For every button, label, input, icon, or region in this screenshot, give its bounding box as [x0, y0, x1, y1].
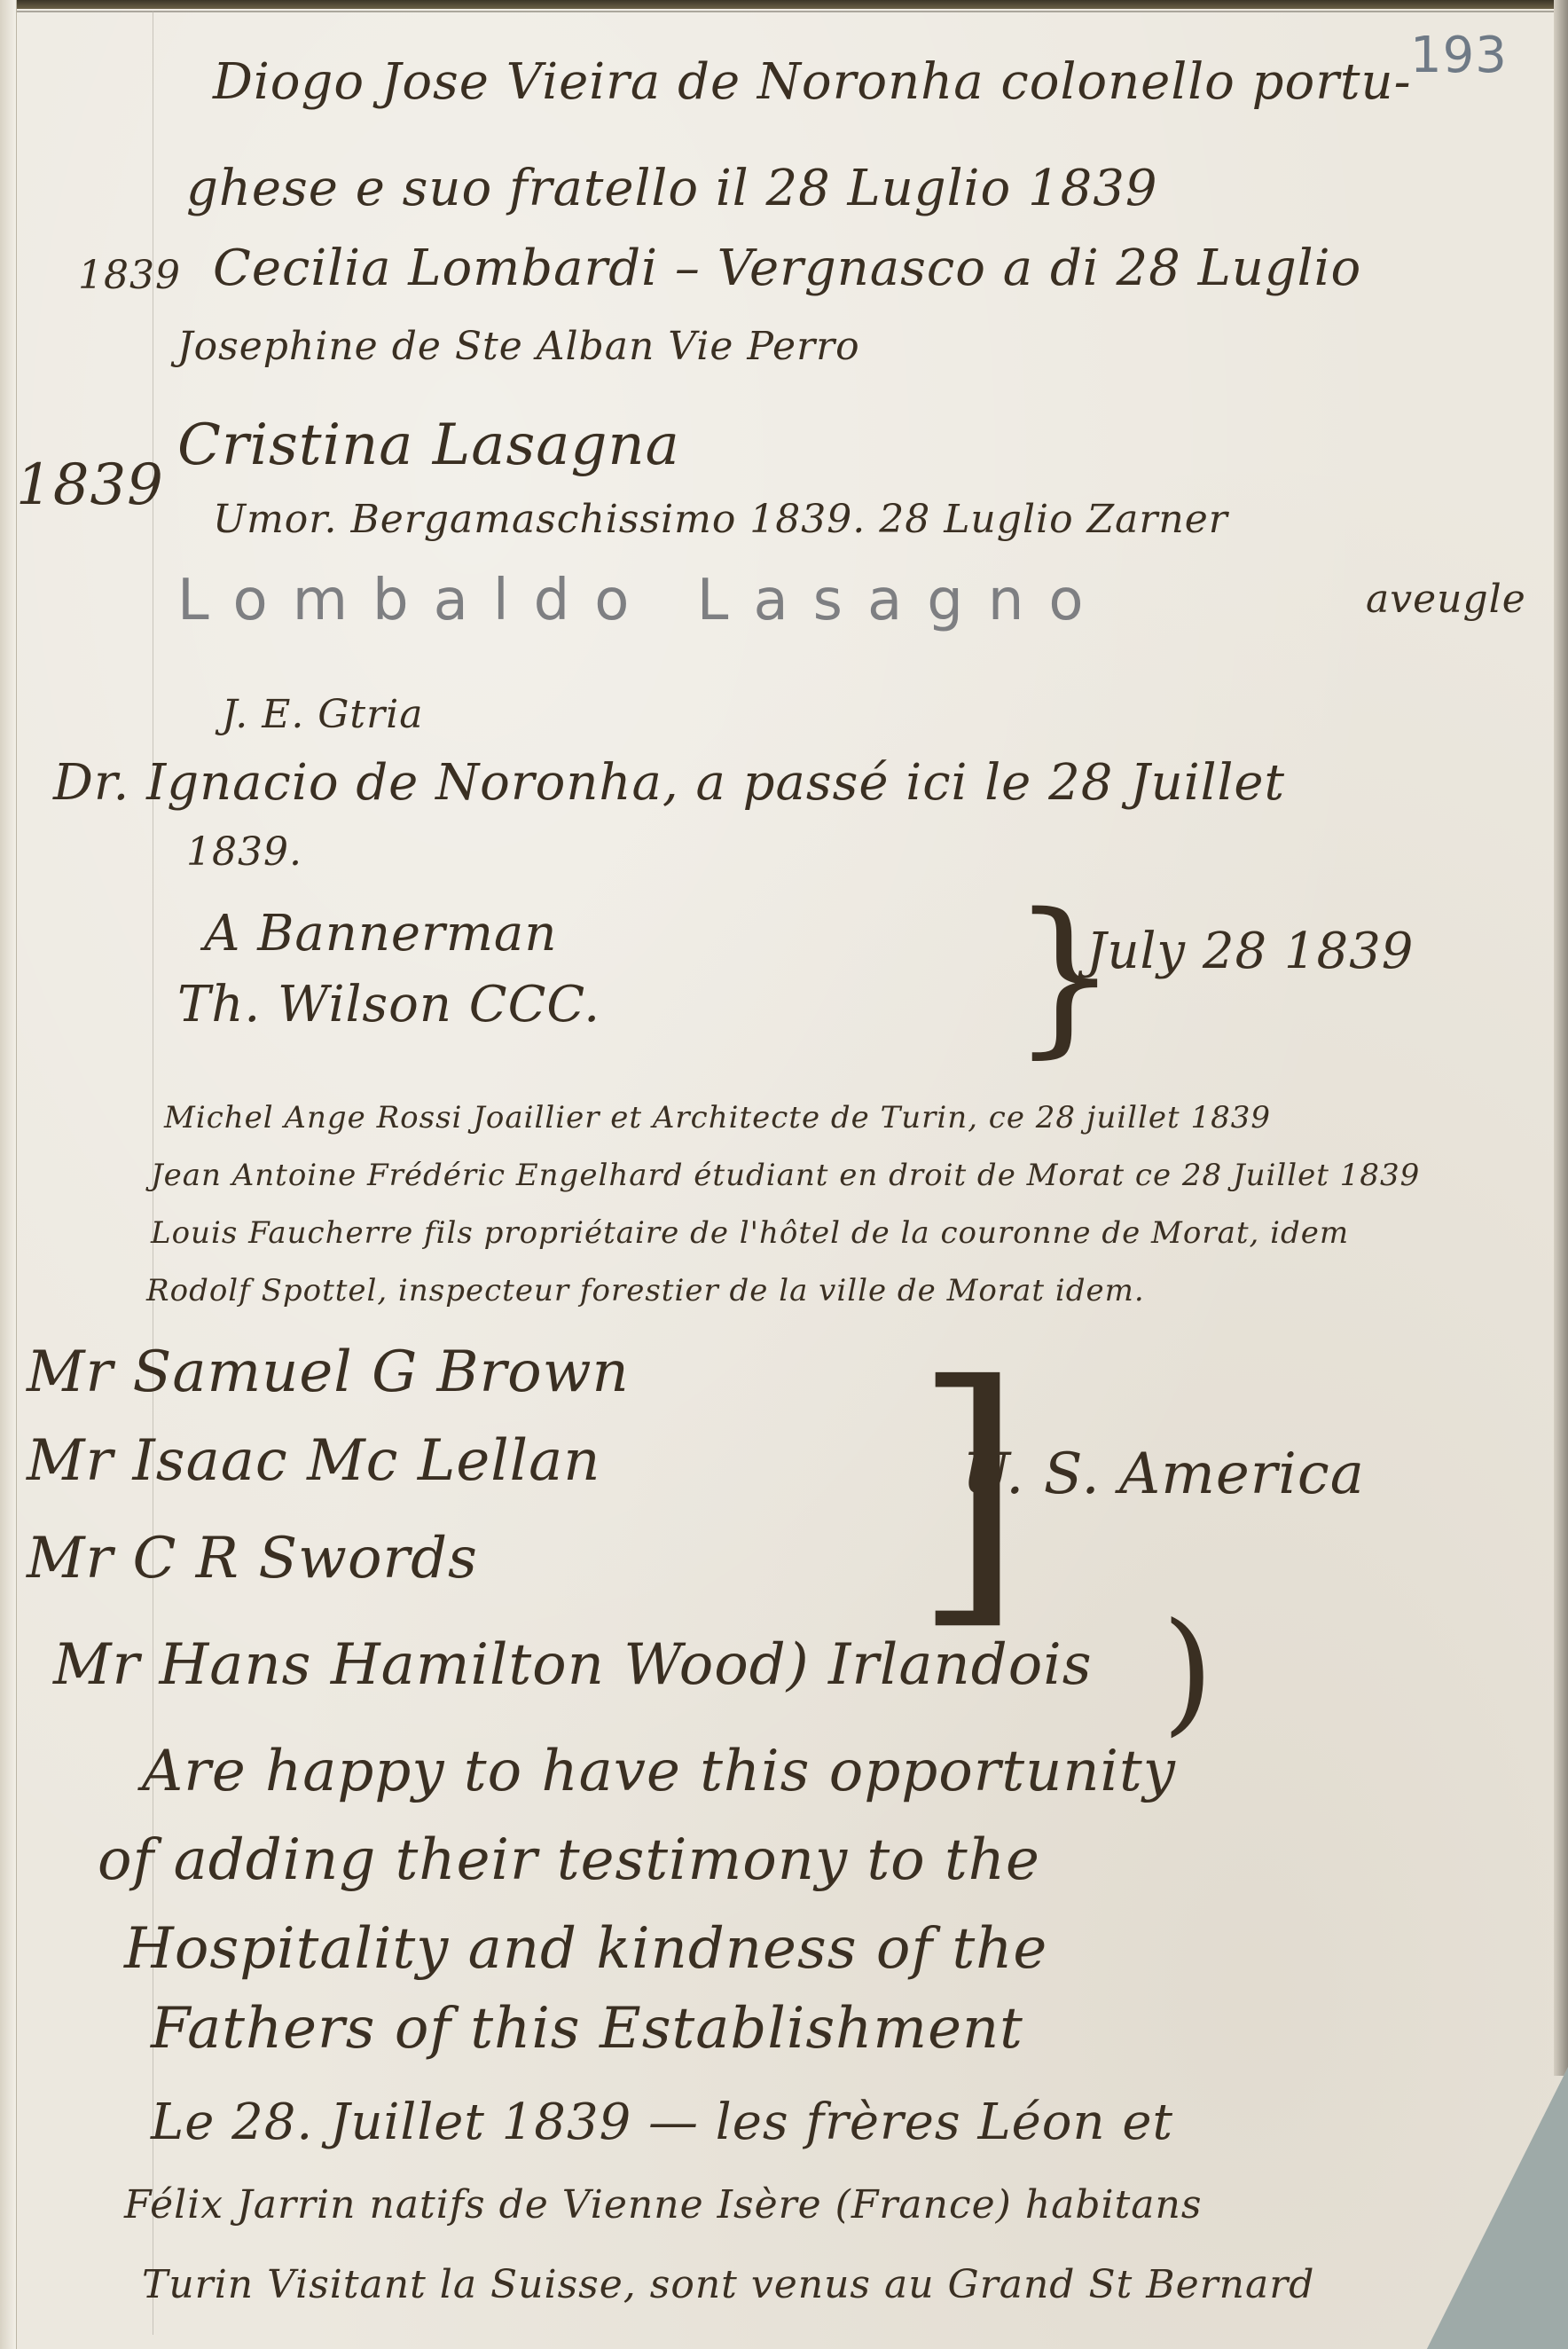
register-entry-e13: Jean Antoine Frédéric Engelhard étudiant… — [151, 1158, 1420, 1193]
bracket-b2: ] — [913, 1348, 1024, 1632]
register-entry-e19: of adding their testimony to the — [98, 1827, 1040, 1893]
bracket-b1: } — [1011, 892, 1118, 1060]
page-top-edge — [0, 0, 1568, 9]
manuscript-page: 193 Diogo Jose Vieira de Noronha colonel… — [0, 0, 1568, 2349]
register-entry-e8: J. E. Gtria — [222, 692, 423, 737]
register-entry-e7_ink: aveugle — [1366, 577, 1526, 622]
register-entry-e1: Diogo Jose Vieira de Noronha colonello p… — [213, 53, 1411, 111]
register-entry-e11_date: July 28 1839 — [1086, 923, 1414, 980]
register-entry-e16c: Mr C R Swords — [27, 1526, 478, 1591]
page-right-edge — [1554, 0, 1568, 2076]
register-entry-e14: Louis Faucherre fils propriétaire de l'h… — [151, 1215, 1349, 1251]
register-entry-e22: Le 28. Juillet 1839 — les frères Léon et — [151, 2094, 1173, 2151]
register-entry-e3: Cecilia Lombardi – Vergnasco a di 28 Lug… — [213, 240, 1361, 297]
register-entry-e7_pencil: Lombaldo Lasagno — [177, 568, 1109, 633]
register-entry-e6: Umor. Bergamaschissimo 1839. 28 Luglio Z… — [213, 497, 1228, 542]
folio-number: 193 — [1410, 27, 1508, 84]
register-entry-e20: Hospitality and kindness of the — [124, 1916, 1047, 1982]
register-entry-e15: Rodolf Spottel, inspecteur forestier de … — [146, 1273, 1145, 1308]
register-entry-e9: Dr. Ignacio de Noronha, a passé ici le 2… — [53, 754, 1285, 812]
register-entry-e18: Are happy to have this opportunity — [142, 1739, 1176, 1804]
register-entry-e5: Cristina Lasagna — [177, 412, 680, 478]
binding-gutter — [0, 0, 17, 2349]
register-entry-e16b: Mr Isaac Mc Lellan — [27, 1428, 601, 1494]
register-entry-e12: Michel Ange Rossi Joaillier et Architect… — [164, 1100, 1271, 1135]
register-entry-e21: Fathers of this Establishment — [151, 1996, 1023, 2062]
register-entry-e4: Josephine de Ste Alban Vie Perro — [177, 324, 860, 369]
register-entry-e2: ghese e suo fratello il 28 Luglio 1839 — [186, 160, 1158, 217]
register-entry-e10: 1839. — [186, 829, 302, 875]
register-entry-e16a: Mr Samuel G Brown — [27, 1339, 630, 1405]
top-rule — [9, 11, 1561, 12]
register-entry-e11b: Th. Wilson CCC. — [177, 976, 600, 1033]
register-entry-e24: Turin Visitant la Suisse, sont venus au … — [142, 2262, 1314, 2307]
register-entry-e3_year: 1839 — [78, 253, 181, 298]
register-entry-e5_year: 1839 — [16, 452, 164, 518]
bracket-b3: ) — [1162, 1606, 1214, 1739]
register-entry-e23: Félix Jarrin natifs de Vienne Isère (Fra… — [124, 2182, 1202, 2227]
register-entry-e11a: A Bannerman — [204, 905, 557, 962]
